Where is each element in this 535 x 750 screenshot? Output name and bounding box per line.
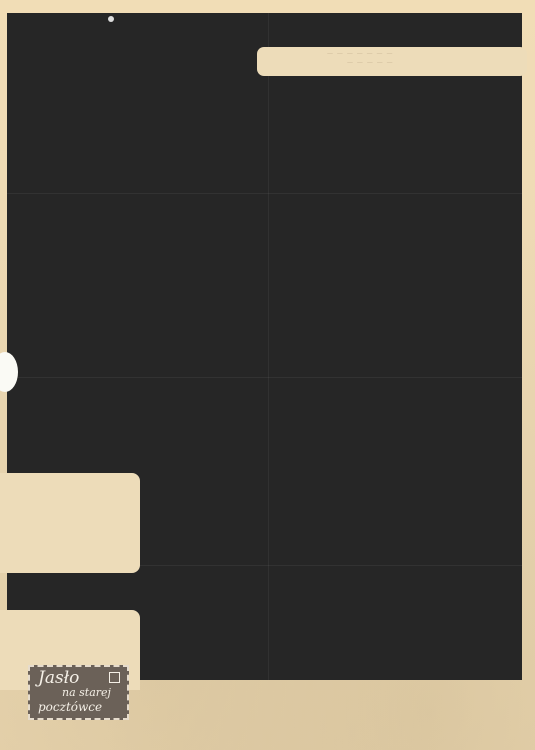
redaction-strip bbox=[7, 573, 140, 610]
left-cutout-upper bbox=[0, 473, 140, 573]
fold-line bbox=[7, 193, 522, 194]
fold-line bbox=[7, 377, 522, 378]
watermark-line3: pocztówce bbox=[38, 700, 102, 714]
watermark-logo: Jasło na starej pocztówce bbox=[28, 665, 129, 720]
faded-header-line: — — — — — bbox=[347, 59, 394, 66]
stamp-square-icon bbox=[109, 672, 120, 683]
scan-speck bbox=[108, 16, 114, 22]
faded-header-line: — — — — — — — bbox=[327, 50, 393, 57]
fold-line bbox=[268, 13, 269, 680]
watermark-line2: na starej bbox=[62, 686, 111, 699]
header-cutout: — — — — — — — — — — — — bbox=[257, 47, 527, 76]
watermark-line1: Jasło bbox=[38, 668, 79, 688]
